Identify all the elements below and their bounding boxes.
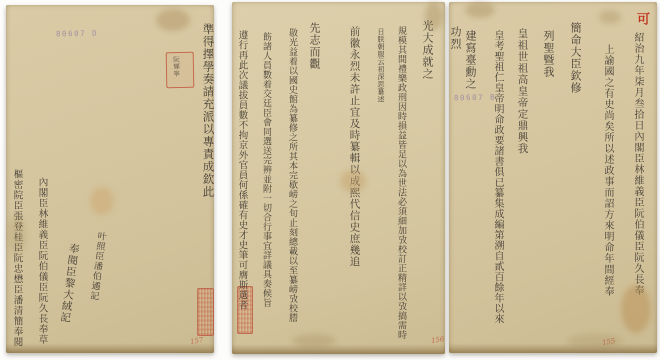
vermilion-approval-mark: 可 — [632, 12, 651, 25]
text-column: 遵行再此次議拔員數不拘京外官員何係確有史才史筆可膺斯選者 — [237, 30, 247, 310]
text-column: 樞密院臣張登桂臣阮忠懋臣潘清簡奉閱 — [12, 169, 22, 348]
library-accession-stamp: 80607 D — [56, 29, 98, 39]
text-column: 叶照臣潘伯遹記 — [88, 231, 105, 302]
text-column: 建寫臺勳之 — [465, 30, 476, 90]
paper-stain — [465, 2, 495, 18]
inscription-seal-text: 阮輝寧 — [172, 56, 180, 77]
page-number: 155 — [601, 337, 616, 347]
text-column: 奉閱臣黎大絨記 — [59, 243, 79, 324]
text-column: 敭光益着以國史館為纂修之所其本完歇嵭之旬止刻總載以至纂嵭攷校謄 — [287, 28, 296, 323]
text-column: 功烈 — [450, 26, 461, 50]
inscription-seal: 阮輝寧 — [166, 52, 195, 88]
text-column: 前徽永烈未許止宜及時纂輯以成熙代信史庶幾追 — [349, 26, 360, 268]
text-column: 上諭國之有史尚矣所以述政事而詔方來明命年間經奉 — [602, 44, 612, 297]
text-column: 皇祖世祖高皇帝定鼎興我 — [517, 28, 528, 155]
page-number: 156 — [430, 335, 445, 345]
scanned-manuscript-set: 阮輝寧 80607 D 157 準得擇學奏請充派以專責成欽此叶照臣潘伯遹記奉閱臣… — [0, 0, 660, 360]
text-column: 簡命大臣欽修 — [570, 22, 581, 94]
paper-stain — [292, 334, 336, 348]
library-accession-stamp: 80607 B — [454, 93, 496, 103]
text-column: 內閣臣林維義臣阮伯儀臣阮久長奉草 — [37, 177, 47, 345]
text-column: 列聖曁我 — [543, 30, 554, 78]
paper-stain — [599, 10, 621, 24]
paper-stain — [90, 187, 114, 215]
text-column: 先志而觀 — [309, 22, 320, 70]
page-number: 157 — [189, 336, 204, 346]
paper-stain — [156, 9, 190, 31]
text-column: 飭諸人員數着交廷臣會同選送完辨並附一切合行事宜詳議具奏候旨 — [261, 32, 270, 308]
manuscript-page-155: 可 80607 B 155 紹治九年柒月叁拾日內閣臣林維義臣阮伯儀臣阮久長奉上諭… — [449, 2, 657, 353]
text-column: 皇考聖祖仁皇帝明命政要諸書俱已纂集成編第溯自貳百餘年以來 — [492, 30, 502, 324]
manuscript-page-157: 阮輝寧 80607 D 157 準得擇學奏請充派以專責成欽此叶照臣潘伯遹記奉閱臣… — [6, 5, 214, 353]
text-column: 準得擇學奏請充派以專責成欽此 — [202, 23, 214, 198]
text-column: 規模其間禮樂政刑因時損益皆足以為世法必須細加攷校訂正精詳以攷搞需時 — [396, 26, 405, 340]
text-column: 光大成就之 — [422, 20, 433, 80]
manuscript-page-156: 156 光大成就之規模其間禮樂政刑因時損益皆足以為世法必須細加攷校訂正精詳以攷搞… — [232, 2, 445, 354]
transfix-seal-half — [197, 288, 214, 336]
text-column: 日朕朝服云初深思纂述 — [377, 28, 384, 103]
text-column: 紹治九年柒月叁拾日內閣臣林維義臣阮伯儀臣阮久長奉 — [632, 32, 642, 296]
